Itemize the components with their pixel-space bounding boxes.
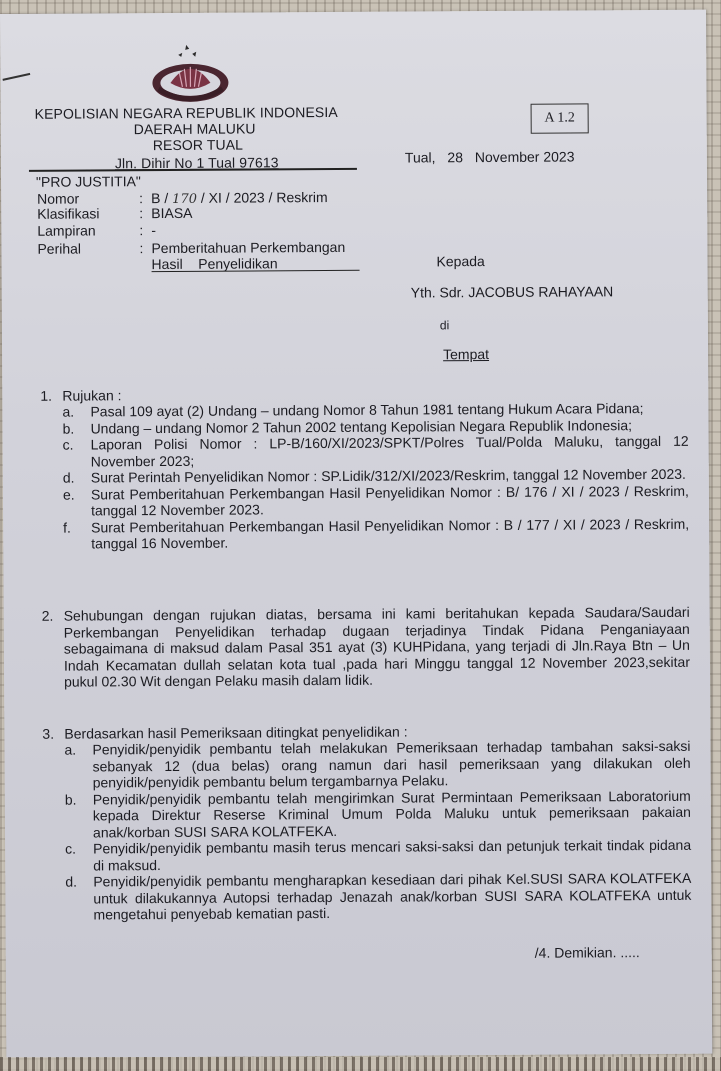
place-date: Tual, 28 November 2023 bbox=[405, 148, 575, 165]
rujukan-list: a.Pasal 109 ayat (2) Undang – undang Nom… bbox=[62, 400, 689, 552]
item-text: Penyidik/penyidik pembantu masih terus m… bbox=[93, 837, 691, 874]
item-text: Penyidik/penyidik pembantu telah melakuk… bbox=[92, 738, 690, 791]
item-text: Surat Pemberitahuan Perkembangan Hasil P… bbox=[91, 482, 689, 519]
lampiran-value: - bbox=[151, 222, 156, 238]
hasil-list: a.Penyidik/penyidik pembantu telah melak… bbox=[64, 738, 691, 923]
item-text: Penyidik/penyidik pembantu mengharapkan … bbox=[93, 870, 691, 923]
perihal-label: Perihal bbox=[37, 241, 81, 257]
place: Tual, bbox=[405, 149, 436, 165]
item-text: Penyidik/penyidik pembantu telah mengiri… bbox=[93, 787, 691, 840]
region-name: DAERAH MALUKU bbox=[134, 120, 256, 137]
recipient-name: Yth. Sdr. JACOBUS RAHAYAAN bbox=[411, 283, 614, 300]
perihal-value: Pemberitahuan Perkembangan bbox=[151, 239, 345, 256]
nomor-suffix: / XI / 2023 / Reskrim bbox=[201, 189, 328, 206]
nomor-label: Nomor bbox=[37, 191, 79, 207]
section-number: 2. bbox=[42, 608, 54, 625]
section-number: 1. bbox=[40, 388, 52, 405]
organization-name: KEPOLISIAN NEGARA REPUBLIK INDONESIA bbox=[35, 104, 338, 122]
item-label: a. bbox=[62, 404, 74, 421]
item-label: b. bbox=[62, 420, 74, 437]
background-edge bbox=[0, 1057, 721, 1071]
date-month-year: November 2023 bbox=[475, 148, 575, 165]
list-item: f.Surat Pemberitahuan Perkembangan Hasil… bbox=[63, 515, 689, 552]
section-number: 3. bbox=[42, 726, 54, 743]
tempat-label: Tempat bbox=[443, 346, 489, 362]
klasifikasi-label: Klasifikasi bbox=[37, 205, 99, 221]
list-item: b.Penyidik/penyidik pembantu telah mengi… bbox=[65, 787, 691, 840]
item-text: Laporan Polisi Nomor : LP-B/160/XI/2023/… bbox=[91, 433, 689, 470]
pro-justitia-label: "PRO JUSTITIA" bbox=[36, 173, 141, 190]
item-label: c. bbox=[65, 841, 76, 858]
section-pemberitahuan: 2. Sehubungan dengan rujukan diatas, ber… bbox=[42, 604, 690, 608]
nomor-prefix: B / bbox=[151, 190, 168, 206]
di-label: di bbox=[440, 318, 449, 332]
colon: : bbox=[139, 190, 143, 206]
item-label: f. bbox=[63, 519, 71, 536]
section-rujukan: 1. Rujukan : a.Pasal 109 ayat (2) Undang… bbox=[40, 384, 688, 388]
unit-name: RESOR TUAL bbox=[153, 137, 243, 154]
continuation-note: /4. Demikian. ..... bbox=[535, 944, 640, 961]
item-label: d. bbox=[63, 470, 75, 487]
item-label: a. bbox=[64, 742, 76, 759]
klasifikasi-value: BIASA bbox=[151, 205, 192, 221]
list-item: d.Penyidik/penyidik pembantu mengharapka… bbox=[65, 870, 691, 923]
list-item: c.Laporan Polisi Nomor : LP-B/160/XI/202… bbox=[63, 433, 689, 470]
item-label: e. bbox=[63, 486, 75, 503]
section-paragraph: Sehubungan dengan rujukan diatas, bersam… bbox=[64, 604, 690, 690]
item-label: c. bbox=[63, 437, 74, 454]
item-label: d. bbox=[65, 874, 77, 891]
colon: : bbox=[139, 240, 143, 256]
section-hasil-pemeriksaan: 3. Berdasarkan hasil Pemeriksaan ditingk… bbox=[42, 722, 690, 726]
date-day: 28 bbox=[447, 149, 463, 165]
letter-page: KEPOLISIAN NEGARA REPUBLIK INDONESIA DAE… bbox=[0, 10, 712, 1058]
form-code: A 1.2 bbox=[544, 110, 574, 126]
list-item: e.Surat Pemberitahuan Perkembangan Hasil… bbox=[63, 482, 689, 519]
police-emblem-icon bbox=[148, 43, 232, 106]
colon: : bbox=[139, 222, 143, 238]
item-label: b. bbox=[65, 791, 77, 808]
form-code-box: A 1.2 bbox=[531, 103, 589, 133]
item-text: Surat Pemberitahuan Perkembangan Hasil P… bbox=[91, 515, 689, 552]
list-item: a.Penyidik/penyidik pembantu telah melak… bbox=[64, 738, 690, 791]
subject-underline bbox=[152, 270, 360, 272]
section-heading: Rujukan : bbox=[62, 387, 121, 404]
kepada-label: Kepada bbox=[436, 253, 484, 269]
pen-mark bbox=[2, 73, 30, 81]
list-item: c.Penyidik/penyidik pembantu masih terus… bbox=[65, 837, 691, 874]
lampiran-label: Lampiran bbox=[37, 222, 95, 238]
colon: : bbox=[139, 205, 143, 221]
